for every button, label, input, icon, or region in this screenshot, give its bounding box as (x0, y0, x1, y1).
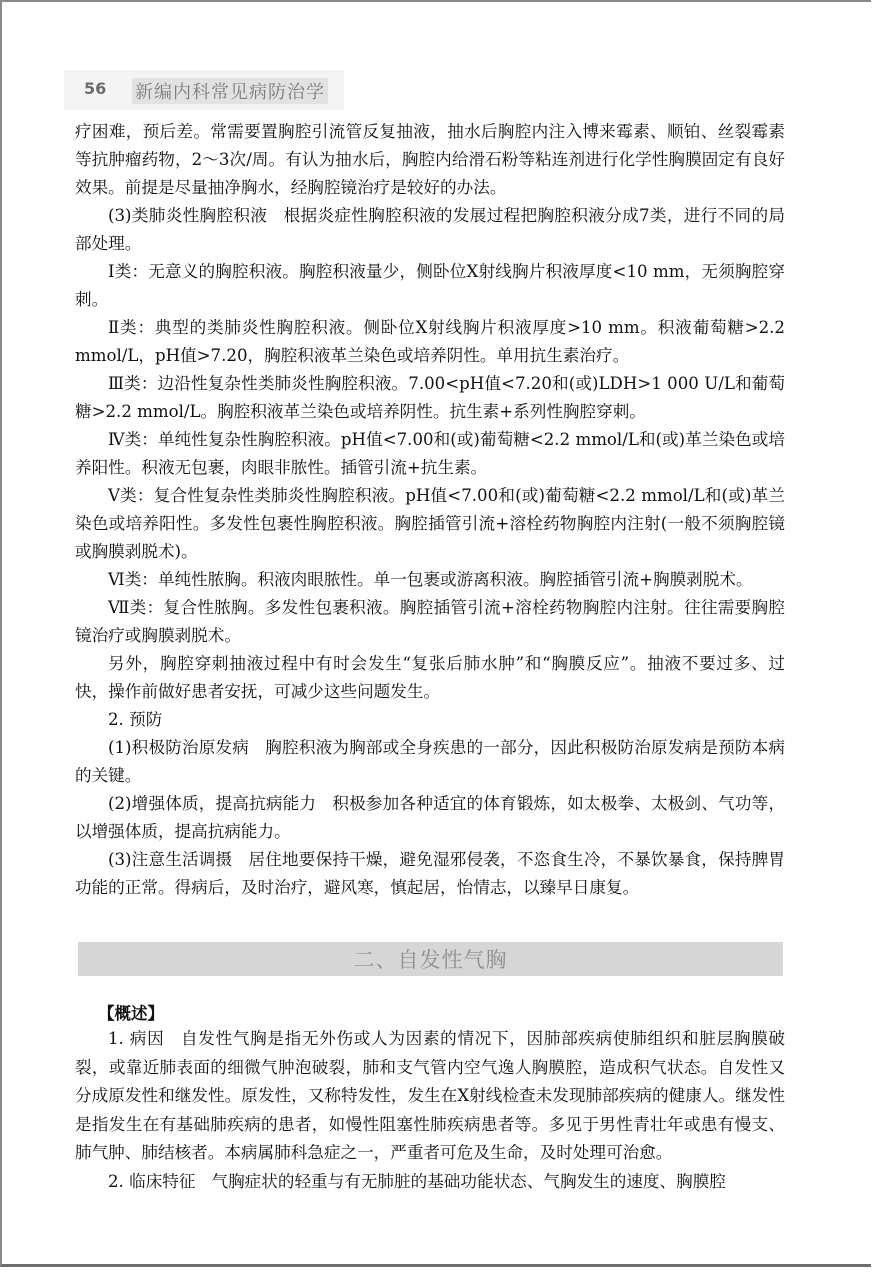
paragraph: Ⅱ类：典型的类肺炎性胸腔积液。侧卧位X射线胸片积液厚度>10 mm。积液葡萄糖>… (75, 314, 785, 370)
paragraph-label: (1)积极防治原发病 (108, 738, 249, 757)
overview-subheading: 【概述】 (98, 1000, 164, 1024)
section-heading-banner: 二、自发性气胸 (78, 942, 783, 976)
paragraph: (1)积极防治原发病胸腔积液为胸部或全身疾患的一部分，因此积极防治原发病是预防本… (75, 734, 785, 790)
paragraph: Ⅳ类：单纯性复杂性胸腔积液。pH值<7.00和(或)葡萄糖<2.2 mmol/L… (75, 426, 785, 482)
paragraph-text: Ⅳ类：单纯性复杂性胸腔积液。pH值<7.00和(或)葡萄糖<2.2 mmol/L… (75, 430, 785, 477)
paragraph-text: 疗困难，预后差。常需要置胸腔引流管反复抽液，抽水后胸腔内注入博来霉素、顺铂、丝裂… (75, 122, 785, 197)
paragraph-text: Ⅲ类：边沿性复杂性类肺炎性胸腔积液。7.00<pH值<7.20和(或)LDH>1… (75, 374, 785, 421)
paragraph: Ⅰ类：无意义的胸腔积液。胸腔积液量少，侧卧位X射线胸片积液厚度<10 mm，无须… (75, 258, 785, 314)
paragraph: Ⅲ类：边沿性复杂性类肺炎性胸腔积液。7.00<pH值<7.20和(或)LDH>1… (75, 370, 785, 426)
paragraph-label: (3)类肺炎性胸腔积液 (108, 206, 267, 225)
paragraph: 疗困难，预后差。常需要置胸腔引流管反复抽液，抽水后胸腔内注入博来霉素、顺铂、丝裂… (75, 118, 785, 202)
paragraph-text: 另外，胸腔穿刺抽液过程中有时会发生“复张后肺水肿”和“胸膜反应”。抽液不要过多、… (75, 654, 785, 701)
paragraph-label: (2)增强体质，提高抗病能力 (108, 794, 316, 813)
page-number: 56 (84, 79, 106, 98)
paragraph: (3)类肺炎性胸腔积液根据炎症性胸腔积液的发展过程把胸腔积液分成7类，进行不同的… (75, 202, 785, 258)
paragraph: 1. 病因自发性气胸是指无外伤或人为因素的情况下，因肺部疾病使肺组织和脏层胸膜破… (75, 1025, 785, 1168)
paragraph-text: Ⅱ类：典型的类肺炎性胸腔积液。侧卧位X射线胸片积液厚度>10 mm。积液葡萄糖>… (75, 318, 785, 365)
book-title: 新编内科常见病防治学 (132, 78, 328, 104)
paragraph: (2)增强体质，提高抗病能力积极参加各种适宜的体育锻炼，如太极拳、太极剑、气功等… (75, 790, 785, 846)
paragraph-text: 自发性气胸是指无外伤或人为因素的情况下，因肺部疾病使肺组织和脏层胸膜破裂，或靠近… (75, 1029, 785, 1162)
paragraph-label: 2. 临床特征 (108, 1172, 195, 1191)
paragraph-text: 气胸症状的轻重与有无肺脏的基础功能状态、气胸发生的速度、胸膜腔 (211, 1172, 725, 1191)
paragraph-text: Ⅵ类：单纯性脓胸。积液肉眼脓性。单一包裹或游离积液。胸腔插管引流+胸膜剥脱术。 (108, 570, 753, 589)
paragraph-label: 1. 病因 (108, 1029, 164, 1048)
paragraph: Ⅶ类：复合性脓胸。多发性包裹积液。胸腔插管引流+溶栓药物胸腔内注射。往往需要胸腔… (75, 594, 785, 650)
paragraph: Ⅵ类：单纯性脓胸。积液肉眼脓性。单一包裹或游离积液。胸腔插管引流+胸膜剥脱术。 (75, 566, 785, 594)
section1-body: 疗困难，预后差。常需要置胸腔引流管反复抽液，抽水后胸腔内注入博来霉素、顺铂、丝裂… (75, 118, 785, 902)
paragraph: 2. 临床特征气胸症状的轻重与有无肺脏的基础功能状态、气胸发生的速度、胸膜腔 (75, 1168, 785, 1197)
paragraph-text: Ⅶ类：复合性脓胸。多发性包裹积液。胸腔插管引流+溶栓药物胸腔内注射。往往需要胸腔… (75, 598, 785, 645)
paragraph: (3)注意生活调摄居住地要保持干燥，避免湿邪侵袭，不恣食生冷，不暴饮暴食，保持脾… (75, 846, 785, 902)
paragraph: 另外，胸腔穿刺抽液过程中有时会发生“复张后肺水肿”和“胸膜反应”。抽液不要过多、… (75, 650, 785, 706)
section-heading: 二、自发性气胸 (354, 944, 508, 974)
paragraph-label: (3)注意生活调摄 (108, 850, 232, 869)
subsection-heading: 2. 预防 (75, 706, 785, 734)
paragraph-text: 2. 预防 (108, 710, 162, 729)
paragraph-text: Ⅰ类：无意义的胸腔积液。胸腔积液量少，侧卧位X射线胸片积液厚度<10 mm，无须… (75, 262, 785, 309)
paragraph: Ⅴ类：复合性复杂性类肺炎性胸腔积液。pH值<7.00和(或)葡萄糖<2.2 mm… (75, 482, 785, 566)
section2-body: 1. 病因自发性气胸是指无外伤或人为因素的情况下，因肺部疾病使肺组织和脏层胸膜破… (75, 1025, 785, 1196)
paragraph-text: Ⅴ类：复合性复杂性类肺炎性胸腔积液。pH值<7.00和(或)葡萄糖<2.2 mm… (75, 486, 785, 561)
